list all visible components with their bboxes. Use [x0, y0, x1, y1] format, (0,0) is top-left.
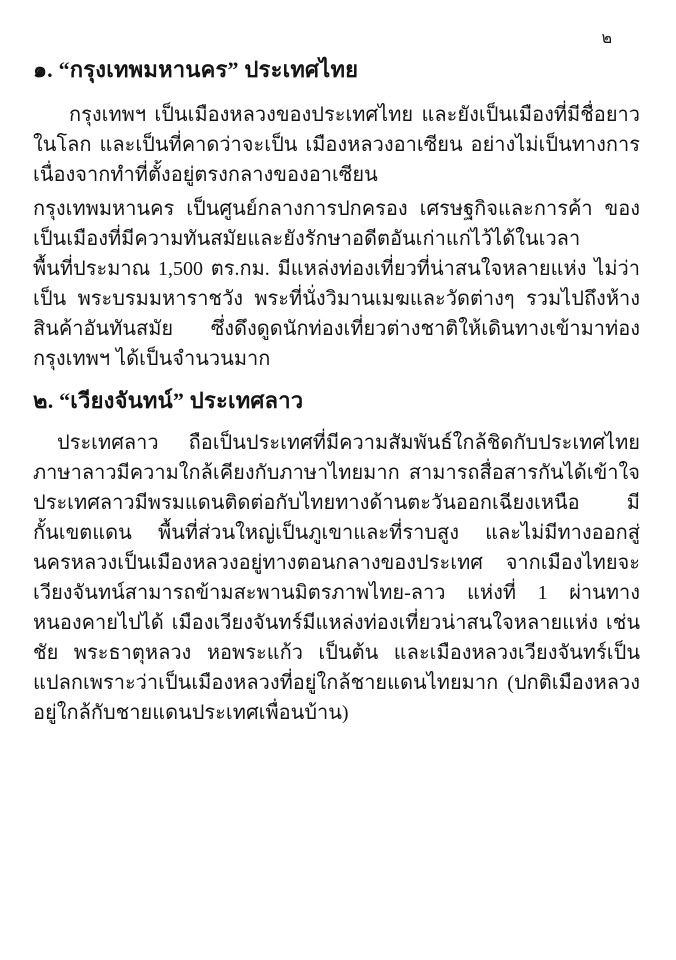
- text-line: กรุงเทพฯ เป็นเมืองหลวงของประเทศไทย และยั…: [33, 100, 640, 130]
- text-line: ประเทศลาวมีพรมแดนติดต่อกับไทยทางด้านตะวั…: [33, 488, 640, 518]
- text-line: ในโลก และเป็นที่คาดว่าจะเป็น เมืองหลวงอา…: [33, 130, 640, 160]
- document-page: ๒ ๑. “กรุงเทพมหานคร” ประเทศไทย กรุงเทพฯ …: [0, 0, 676, 960]
- text-line: ชัย พระธาตุหลวง หอพระแก้ว เป็นต้น และเมื…: [33, 638, 640, 668]
- text-line: อยู่ใกล้กับชายแดนประเทศเพื่อนบ้าน): [33, 698, 640, 728]
- text-line: กรุงเทพฯ ได้เป็นจำนวนมาก: [33, 344, 640, 374]
- text-line: เนื่องจากทำที่ตั้งอยู่ตรงกลางของอาเซียน: [33, 160, 640, 190]
- section-2-heading: ๒. “เวียงจันทน์” ประเทศลาว: [33, 386, 640, 416]
- text-line: ประเทศลาว ถือเป็นประเทศที่มีความสัมพันธ์…: [33, 428, 640, 458]
- text-line: นครหลวงเป็นเมืองหลวงอยู่ทางตอนกลางของประ…: [33, 548, 640, 578]
- text-line: กั้นเขตแดน พื้นที่ส่วนใหญ่เป็นภูเขาและที…: [33, 518, 640, 548]
- text-line: พื้นที่ประมาณ 1,500 ตร.กม. มีแหล่งท่องเท…: [33, 254, 640, 284]
- text-line: หนองคายไปได้ เมืองเวียงจันทร์มีแหล่งท่อง…: [33, 608, 640, 638]
- text-line: ภาษาลาวมีความใกล้เคียงกับภาษาไทยมาก สามา…: [33, 458, 640, 488]
- text-line: เป็นเมืองที่มีความทันสมัยและยังรักษาอดีต…: [33, 224, 640, 254]
- section-1-paragraph-2: กรุงเทพมหานคร เป็นศูนย์กลางการปกครอง เศร…: [33, 194, 640, 374]
- text-line: เวียงจันทน์สามารถข้ามสะพานมิตรภาพไทย-ลาว…: [33, 578, 640, 608]
- section-1-heading: ๑. “กรุงเทพมหานคร” ประเทศไทย: [33, 55, 640, 85]
- text-line: เป็น พระบรมมหาราชวัง พระที่นั่งวิมานเมฆแ…: [33, 284, 640, 314]
- text-line: สินค้าอันทันสมัย ซึ่งดึงดูดนักท่องเที่ยว…: [33, 314, 640, 344]
- section-2-paragraph-1: ประเทศลาว ถือเป็นประเทศที่มีความสัมพันธ์…: [33, 428, 640, 728]
- page-number: ๒: [601, 30, 612, 48]
- text-line: แปลกเพราะว่าเป็นเมืองหลวงที่อยู่ใกล้ชายแ…: [33, 668, 640, 698]
- section-1-paragraph-1: กรุงเทพฯ เป็นเมืองหลวงของประเทศไทย และยั…: [33, 100, 640, 190]
- text-line: กรุงเทพมหานคร เป็นศูนย์กลางการปกครอง เศร…: [33, 194, 640, 224]
